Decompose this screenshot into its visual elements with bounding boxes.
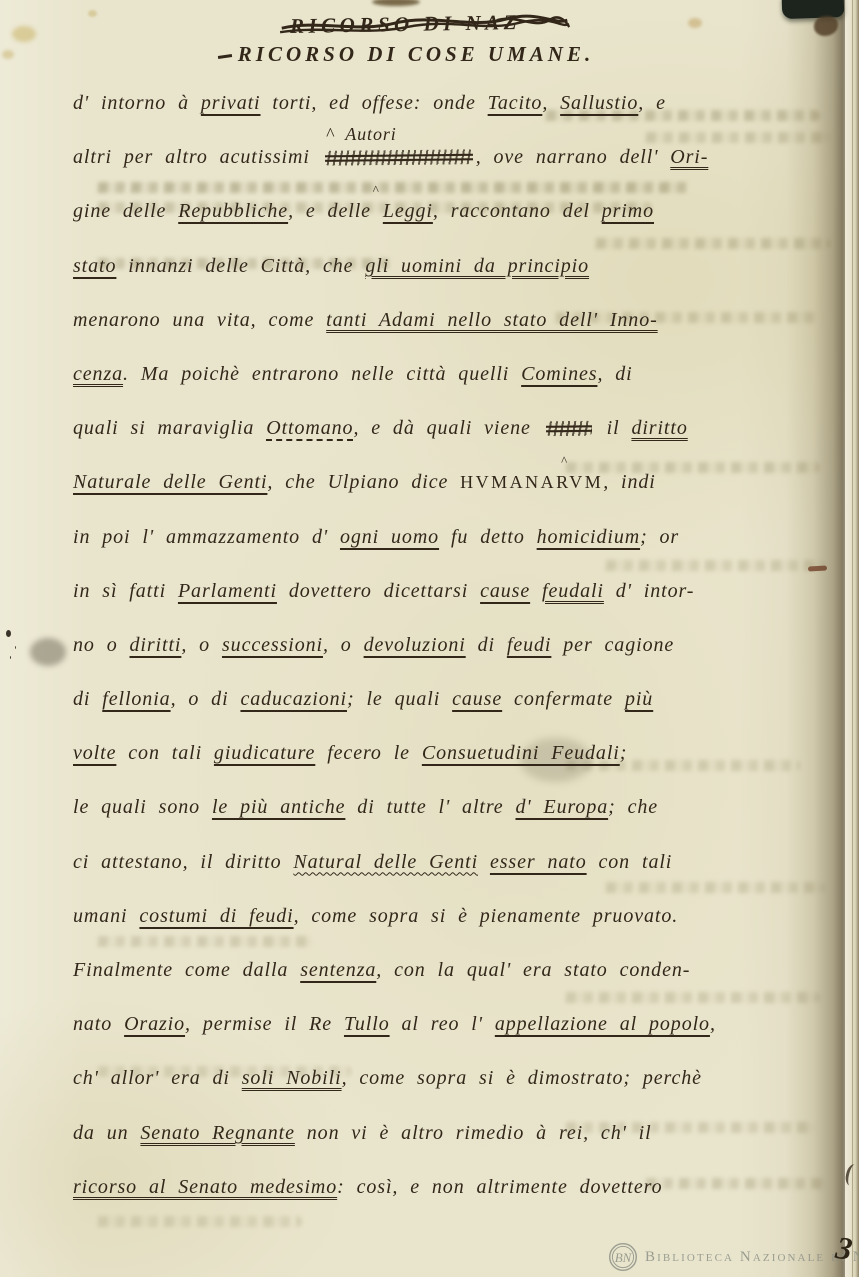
edge-blotch: [372, 0, 420, 6]
text-segment: Senato Regnante: [140, 1122, 294, 1144]
text-segment: cause: [452, 688, 502, 710]
text-segment: , e dà quali viene: [353, 417, 542, 439]
pen-flourish: [218, 54, 232, 59]
text-segment: Tullo: [344, 1013, 390, 1035]
text-segment: le quali sono: [73, 796, 212, 818]
text-segment: di: [73, 688, 102, 710]
text-segment: caducazioni: [240, 688, 347, 710]
text-segment: torti, ed offese: onde: [261, 92, 488, 114]
text-segment: no o: [73, 634, 130, 656]
text-segment: Parlamenti: [178, 580, 277, 602]
text-segment: Orazio: [124, 1013, 185, 1035]
manuscript-line: in poi l' ammazzamento d' ogni uomo fu d…: [73, 510, 815, 564]
manuscript-line: umani costumi di feudi, come sopra si è …: [73, 889, 815, 943]
text-segment: costumi di feudi: [139, 905, 293, 927]
text-segment: feudi: [507, 634, 552, 656]
manuscript-line: altri per altro acutissimi ^ Autori, ove…: [73, 130, 815, 184]
text-segment: cenza: [73, 363, 123, 385]
manuscript-line: di fellonia, o di caducazioni; le quali …: [73, 672, 815, 726]
page-title-text: RICORSO DI COSE UMANE.: [238, 42, 594, 66]
text-segment: con tali: [116, 742, 214, 764]
text-segment: , di: [597, 363, 632, 385]
text-segment: Repubbliche: [178, 200, 288, 222]
text-segment: Ori-: [670, 146, 708, 168]
manuscript-line: Finalmente come dalla sentenza, con la q…: [73, 943, 815, 997]
text-segment: , con la qual' era stato conden-: [376, 959, 690, 981]
text-segment: , indi: [603, 471, 656, 493]
text-segment: , che Ulpiano dice: [267, 471, 460, 493]
text-segment: stato: [73, 255, 116, 277]
text-segment: d' intor-: [604, 580, 694, 602]
correction-group: ^ Autori: [322, 146, 476, 168]
text-segment: [478, 851, 490, 873]
text-segment: , come sopra si è dimostrato; perchè: [342, 1067, 702, 1089]
text-segment: diritti: [130, 634, 182, 656]
scribbled-out-text: [546, 421, 592, 436]
text-segment: primo: [602, 200, 654, 222]
manuscript-lines: d' intorno à privati torti, ed offese: o…: [73, 76, 815, 1214]
manuscript-line: le quali sono le più antiche di tutte l'…: [73, 780, 815, 834]
page-crease-line: [852, 0, 853, 1277]
text-segment: più: [625, 688, 653, 710]
text-segment: devoluzioni: [364, 634, 466, 656]
text-segment: , o: [181, 634, 222, 656]
text-segment: volte: [73, 742, 116, 764]
text-segment: Natural delle Genti: [293, 851, 478, 873]
text-segment: , raccontano del: [433, 200, 602, 222]
ink-smudge: [30, 638, 66, 666]
text-segment: ; le quali: [347, 688, 452, 710]
text-segment: [530, 580, 542, 602]
text-segment: , o: [323, 634, 364, 656]
text-segment: : così, e non altrimente dovettero: [337, 1176, 662, 1198]
text-segment: ogni uomo: [340, 526, 439, 548]
manuscript-line: d' intorno à privati torti, ed offese: o…: [73, 76, 815, 130]
manuscript-line: in sì fatti Parlamenti dovettero dicetta…: [73, 564, 815, 618]
text-segment: fecero le: [315, 742, 422, 764]
text-segment: gli uomini da principio: [365, 255, 589, 277]
text-segment: Finalmente come dalla: [73, 959, 300, 981]
ink-specks: [6, 630, 11, 637]
manuscript-line: cenza. Ma poichè entrarono nelle città q…: [73, 347, 815, 401]
struck-title: RICORSO DI NAZ: [290, 10, 521, 39]
text-segment: , e delle: [288, 200, 383, 222]
text-segment: le più antiche: [212, 796, 345, 818]
manuscript-line: gine delle Repubbliche, e delle Leggi, r…: [73, 184, 815, 238]
text-segment: Consuetudini Feudali: [422, 742, 620, 764]
text-segment: cause: [480, 580, 530, 602]
text-segment: dovettero dicettarsi: [277, 580, 480, 602]
manuscript-line: Naturale delle Genti, che Ulpiano dice H…: [73, 455, 815, 509]
page-title: RICORSO DI COSE UMANE.: [0, 42, 812, 67]
manuscript-line: menarono una vita, come tanti Adami nell…: [73, 293, 815, 347]
text-segment: appellazione al popolo: [495, 1013, 710, 1035]
text-segment: con tali: [587, 851, 673, 873]
text-segment: Comines: [521, 363, 597, 385]
page-title-block: RICORSO DI NAZ RICORSO DI COSE UMANE.: [0, 12, 812, 67]
text-segment: ricorso al Senato medesimo: [73, 1176, 337, 1198]
text-segment: Ottomano: [266, 417, 353, 439]
text-segment: al reo l': [390, 1013, 495, 1035]
text-segment: ,: [710, 1013, 716, 1035]
text-segment: ;: [620, 742, 628, 764]
text-segment: homicidium: [537, 526, 640, 548]
text-segment: ci attestano, il diritto: [73, 851, 293, 873]
text-segment: sentenza: [300, 959, 376, 981]
text-segment: per cagione: [551, 634, 674, 656]
text-segment: in poi l' ammazzamento d': [73, 526, 340, 548]
manuscript-line: da un Senato Regnante non vi è altro rim…: [73, 1106, 815, 1160]
text-segment: Sallustio: [560, 92, 638, 114]
book-gutter-shadow: [786, 0, 846, 1277]
text-segment: da un: [73, 1122, 140, 1144]
text-segment: innanzi delle Città, che: [116, 255, 365, 277]
text-segment: d' Europa: [515, 796, 608, 818]
text-segment: diritto: [631, 417, 687, 439]
text-segment: ,: [542, 92, 560, 114]
svg-text:BN: BN: [615, 1250, 633, 1265]
text-segment: tanti Adami nello stato dell' Inno-: [326, 309, 658, 331]
text-segment: soli Nobili: [242, 1067, 342, 1089]
binding-top-patch: [782, 0, 845, 19]
text-segment: ch' allor' era di: [73, 1067, 242, 1089]
text-segment: , ove narrano dell': [476, 146, 671, 168]
text-segment: di: [466, 634, 507, 656]
manuscript-line: ricorso al Senato medesimo: così, e non …: [73, 1160, 815, 1214]
manuscript-line: volte con tali giudicature fecero le Con…: [73, 726, 815, 780]
text-segment: quali si maraviglia: [73, 417, 266, 439]
text-segment: Leggi: [383, 200, 433, 222]
text-segment: privati: [201, 92, 261, 114]
text-segment: , come sopra si è pienamente pruovato.: [294, 905, 679, 927]
library-monogram-icon: BN: [608, 1242, 638, 1272]
text-segment: fu detto: [439, 526, 537, 548]
manuscript-line: stato innanzi delle Città, che gli uomin…: [73, 239, 815, 293]
text-segment: menarono una vita, come: [73, 309, 326, 331]
manuscript-line: no o diritti, o successioni, o devoluzio…: [73, 618, 815, 672]
library-watermark: BN Biblioteca Nazionale di Napoli: [608, 1242, 859, 1272]
text-segment: esser nato: [490, 851, 587, 873]
text-segment: ; che: [608, 796, 658, 818]
watermark-text: Biblioteca Nazionale di Napoli: [645, 1249, 859, 1266]
text-segment: Naturale delle Genti: [73, 471, 267, 493]
inserted-text-above: ^ Autori: [326, 125, 397, 143]
strikethrough-scribble: [280, 5, 570, 44]
text-segment: gine delle: [73, 200, 178, 222]
text-segment: fellonia: [102, 688, 170, 710]
text-segment: nato: [73, 1013, 124, 1035]
text-segment: , permise il Re: [185, 1013, 344, 1035]
text-segment: di tutte l' altre: [345, 796, 515, 818]
manuscript-line: ci attestano, il diritto Natural delle G…: [73, 835, 815, 889]
text-segment: Tacito: [488, 92, 543, 114]
text-segment: giudicature: [214, 742, 315, 764]
text-segment: , e: [638, 92, 666, 114]
manuscript-line: ch' allor' era di soli Nobili, come sopr…: [73, 1051, 815, 1105]
text-segment: feudali: [542, 580, 604, 602]
text-segment: HVMANARVM: [460, 472, 603, 492]
text-segment: successioni: [222, 634, 323, 656]
text-segment: il: [595, 417, 632, 439]
text-segment: confermate: [502, 688, 625, 710]
manuscript-line: nato Orazio, permise il Re Tullo al reo …: [73, 997, 815, 1051]
text-segment: umani: [73, 905, 139, 927]
text-segment: altri per altro acutissimi: [73, 146, 322, 168]
text-segment: non vi è altro rimedio à rei, ch' il: [295, 1122, 652, 1144]
ghost-line: [92, 1216, 302, 1227]
text-segment: , o di: [171, 688, 241, 710]
text-segment: d' intorno à: [73, 92, 201, 114]
text-segment: in sì fatti: [73, 580, 178, 602]
text-segment: ; or: [640, 526, 679, 548]
text-segment: . Ma poichè entrarono nelle città quelli: [123, 363, 521, 385]
manuscript-page: RICORSO DI NAZ RICORSO DI COSE UMANE. d'…: [0, 0, 859, 1277]
scribbled-out-text: [325, 149, 473, 166]
manuscript-line: quali si maraviglia Ottomano, e dà quali…: [73, 401, 815, 455]
